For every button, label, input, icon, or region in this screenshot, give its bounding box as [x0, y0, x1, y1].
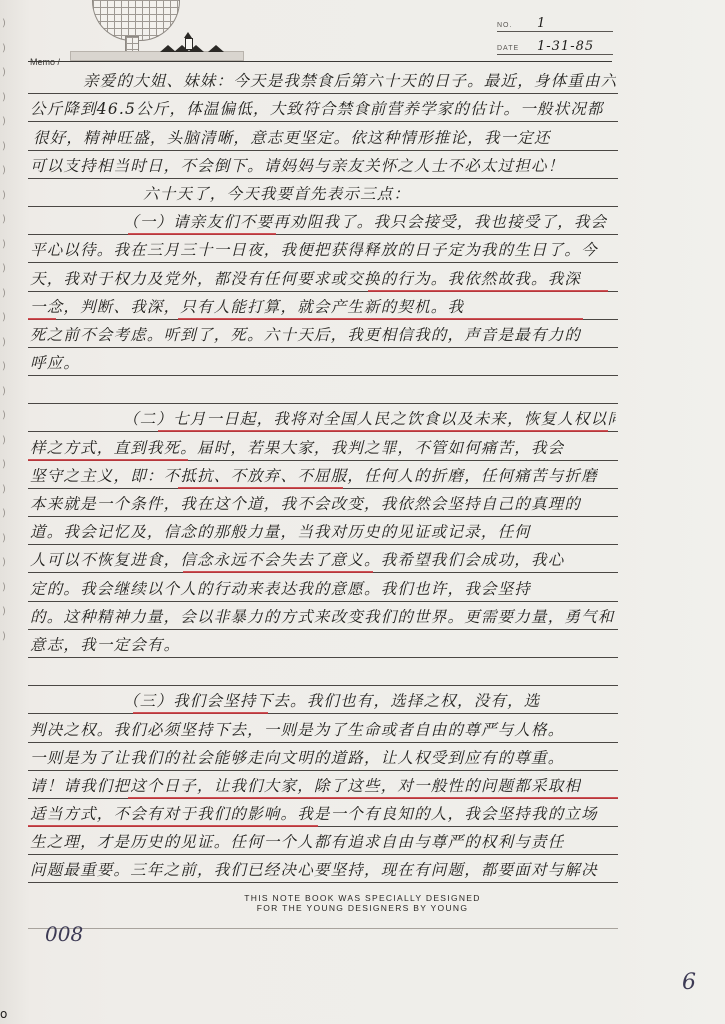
- binding-hole-mark: ): [2, 43, 6, 54]
- handwritten-line-text: 可以支持相当时日，不会倒下。请妈妈与亲友关怀之人士不必太过担心！: [30, 154, 564, 176]
- binding-hole-mark: ): [2, 67, 6, 78]
- handwritten-line-text: 平心以待。我在三月三十一日夜，我便把获得释放的日子定为我的生日了。今: [30, 238, 598, 260]
- ruled-line: 问题最重要。三年之前，我们已经决心要坚持，现在有问题，都要面对与解决: [28, 855, 618, 883]
- ruled-line: 很好，精神旺盛，头脑清晰，意志更坚定。依这种情形推论，我一定还: [28, 122, 618, 150]
- ruled-line: 适当方式，不会有对于我们的影响。我是一个有良知的人，我会坚持我的立场: [28, 799, 618, 827]
- binding-hole-mark: ): [2, 18, 6, 29]
- handwritten-line-text: 问题最重要。三年之前，我们已经决心要坚持，现在有问题，都要面对与解决: [30, 858, 598, 880]
- handwritten-line-text: 样之方式，直到我死。届时，若果大家，我判之罪，不管如何痛苦，我会: [30, 436, 564, 458]
- ruled-line: 生之理，才是历史的见证。任何一个人都有追求自由与尊严的权利与责任: [28, 827, 618, 855]
- handwritten-line-text: 六十天了，今天我要首先表示三点：: [143, 182, 410, 204]
- binding-hole-mark: ): [2, 361, 6, 372]
- ruled-line: 道。我会记忆及，信念的那般力量，当我对历史的见证或记录，任何: [28, 517, 618, 545]
- number-value: 1: [537, 16, 546, 31]
- binding-hole-mark: ): [2, 214, 6, 225]
- ruled-line: 平心以待。我在三月三十一日夜，我便把获得释放的日子定为我的生日了。今: [28, 235, 618, 263]
- binding-hole-mark: ): [2, 557, 6, 568]
- handwritten-line-text: （三）我们会坚持下去。我们也有，选择之权，没有，选: [123, 689, 541, 711]
- handwritten-line-text: 坚守之主义，即：不抵抗、不放弃、不屈服，任何人的折磨，任何痛苦与折磨: [30, 464, 598, 486]
- ruled-line: 样之方式，直到我死。届时，若果大家，我判之罪，不管如何痛苦，我会: [28, 432, 618, 460]
- binding-hole-mark: ): [2, 508, 6, 519]
- handwritten-line-text: 公斤降到46.5公斤，体温偏低，大致符合禁食前营养学家的估计。一般状况都: [30, 97, 604, 119]
- ruled-line: 亲爱的大姐、妹妹：今天是我禁食后第六十天的日子。最近，身体重由六十二: [28, 66, 618, 94]
- binding-hole-mark: ): [2, 263, 6, 274]
- binding-hole-mark: ): [2, 116, 6, 127]
- handwritten-line-text: 呼应。: [30, 351, 80, 373]
- binding-hole-mark: ): [2, 190, 6, 201]
- binding-hole-mark: ): [2, 165, 6, 176]
- handwritten-line-text: 天，我对于权力及党外，都没有任何要求或交换的行为。我依然故我。我深: [30, 267, 581, 289]
- ruled-line: 六十天了，今天我要首先表示三点：: [28, 179, 618, 207]
- handwritten-line-text: 一则是为了让我们的社会能够走向文明的道路，让人权受到应有的尊重。: [30, 746, 564, 768]
- ruled-line: 可以支持相当时日，不会倒下。请妈妈与亲友关怀之人士不必太过担心！: [28, 151, 618, 179]
- ruled-line: 一念，判断、我深，只有人能打算，就会产生新的契机。我: [28, 292, 618, 320]
- handwritten-line-text: （一）请亲友们不要再劝阻我了。我只会接受，我也接受了，我会: [123, 210, 607, 232]
- binding-hole-mark: ): [2, 459, 6, 470]
- imprint-line-1: THIS NOTE BOOK WAS SPECIALLY DESIGNED: [0, 893, 725, 903]
- ruled-line: 判决之权。我们必须坚持下去，一则是为了生命或者自由的尊严与人格。: [28, 714, 618, 742]
- handwritten-line-text: 判决之权。我们必须坚持下去，一则是为了生命或者自由的尊严与人格。: [30, 718, 564, 740]
- church-tower-icon: [185, 38, 193, 50]
- handwritten-line-text: 适当方式，不会有对于我们的影响。我是一个有良知的人，我会坚持我的立场: [30, 802, 598, 824]
- handwritten-line-text: 的。这种精神力量，会以非暴力的方式来改变我们的世界。更需要力量，勇气和: [30, 605, 615, 627]
- handwritten-line-text: 一念，判断、我深，只有人能打算，就会产生新的契机。我: [30, 295, 464, 317]
- ruled-line: 定的。我会继续以个人的行动来表达我的意愿。我们也许，我会坚持: [28, 573, 618, 601]
- header-rule: [28, 61, 612, 62]
- ruled-line: 呼应。: [28, 348, 618, 376]
- binding-hole-mark: ): [2, 533, 6, 544]
- ruled-line: [28, 376, 618, 404]
- handwritten-line-text: 道。我会记忆及，信念的那般力量，当我对历史的见证或记录，任何: [30, 520, 531, 542]
- handwritten-line-text: 人可以不恢复进食，信念永远不会失去了意义。我希望我们会成功，我心: [30, 548, 564, 570]
- binding-hole-mark: ): [2, 386, 6, 397]
- notebook-imprint: THIS NOTE BOOK WAS SPECIALLY DESIGNED FO…: [0, 893, 725, 913]
- ground-strip: [70, 51, 244, 61]
- corner-mark: o: [0, 1007, 7, 1021]
- ruled-line: 一则是为了让我们的社会能够走向文明的道路，让人权受到应有的尊重。: [28, 743, 618, 771]
- tree-village-illustration: [62, 0, 252, 60]
- ruled-line: （二）七月一日起，我将对全国人民之饮食以及未来，恢复人权以同: [28, 404, 618, 432]
- binding-hole-mark: ): [2, 312, 6, 323]
- binding-hole-mark: ): [2, 410, 6, 421]
- binding-hole-mark: ): [2, 582, 6, 593]
- binding-holes: )))))))))))))))))))))))))): [2, 0, 16, 1024]
- handwritten-line-text: 意志，我一定会有。: [30, 633, 180, 655]
- binding-hole-mark: ): [2, 141, 6, 152]
- ruled-line: 坚守之主义，即：不抵抗、不放弃、不屈服，任何人的折磨，任何痛苦与折磨: [28, 461, 618, 489]
- archive-code: 008: [45, 922, 83, 946]
- binding-hole-mark: ): [2, 337, 6, 348]
- ruled-line: 公斤降到46.5公斤，体温偏低，大致符合禁食前营养学家的估计。一般状况都: [28, 94, 618, 122]
- tree-icon: [92, 0, 180, 41]
- binding-hole-mark: ): [2, 606, 6, 617]
- notebook-page: )))))))))))))))))))))))))) NO. 1 DATE 1-…: [0, 0, 725, 1024]
- page-number: 6: [682, 970, 696, 995]
- house-roof-icon: [208, 45, 224, 52]
- binding-hole-mark: ): [2, 92, 6, 103]
- ruled-line: 的。这种精神力量，会以非暴力的方式来改变我们的世界。更需要力量，勇气和: [28, 602, 618, 630]
- imprint-line-2: FOR THE YOUNG DESIGNERS BY YOUNG: [0, 903, 725, 913]
- ruled-line: （三）我们会坚持下去。我们也有，选择之权，没有，选: [28, 686, 618, 714]
- ruled-line: 本来就是一个条件，我在这个道，我不会改变，我依然会坚持自己的真理的: [28, 489, 618, 517]
- ruled-line: [28, 658, 618, 686]
- handwritten-line-text: 定的。我会继续以个人的行动来表达我的意愿。我们也许，我会坚持: [30, 577, 531, 599]
- binding-hole-mark: ): [2, 239, 6, 250]
- date-field: DATE 1-31-85: [497, 38, 613, 55]
- handwritten-line-text: 请！请我们把这个日子，让我们大家，除了这些，对一般性的问题都采取相: [30, 774, 581, 796]
- handwritten-line-text: 生之理，才是历史的见证。任何一个人都有追求自由与尊严的权利与责任: [30, 830, 564, 852]
- binding-hole-mark: ): [2, 435, 6, 446]
- footer-rule: [28, 928, 618, 929]
- ruled-line: 请！请我们把这个日子，让我们大家，除了这些，对一般性的问题都采取相: [28, 771, 618, 799]
- number-label: NO.: [497, 22, 512, 29]
- binding-hole-mark: ): [2, 288, 6, 299]
- date-label: DATE: [497, 45, 519, 52]
- handwritten-line-text: 本来就是一个条件，我在这个道，我不会改变，我依然会坚持自己的真理的: [30, 492, 581, 514]
- handwritten-line-text: （二）七月一日起，我将对全国人民之饮食以及未来，恢复人权以同: [123, 407, 616, 429]
- number-field: NO. 1: [497, 15, 613, 32]
- binding-hole-mark: ): [2, 631, 6, 642]
- binding-hole-mark: ): [2, 484, 6, 495]
- handwritten-letter-body: 亲爱的大姐、妹妹：今天是我禁食后第六十天的日子。最近，身体重由六十二公斤降到46…: [28, 66, 618, 883]
- ruled-line: 天，我对于权力及党外，都没有任何要求或交换的行为。我依然故我。我深: [28, 263, 618, 291]
- handwritten-line-text: 很好，精神旺盛，头脑清晰，意志更坚定。依这种情形推论，我一定还: [33, 126, 551, 148]
- ruled-line: 意志，我一定会有。: [28, 630, 618, 658]
- ruled-line: 死之前不会考虑。听到了，死。六十天后，我更相信我的，声音是最有力的: [28, 320, 618, 348]
- ruled-line: （一）请亲友们不要再劝阻我了。我只会接受，我也接受了，我会: [28, 207, 618, 235]
- ruled-line: 人可以不恢复进食，信念永远不会失去了意义。我希望我们会成功，我心: [28, 545, 618, 573]
- handwritten-line-text: 亲爱的大姐、妹妹：今天是我禁食后第六十天的日子。最近，身体重由六十二: [83, 69, 616, 91]
- date-value: 1-31-85: [537, 39, 594, 54]
- handwritten-line-text: 死之前不会考虑。听到了，死。六十天后，我更相信我的，声音是最有力的: [30, 323, 581, 345]
